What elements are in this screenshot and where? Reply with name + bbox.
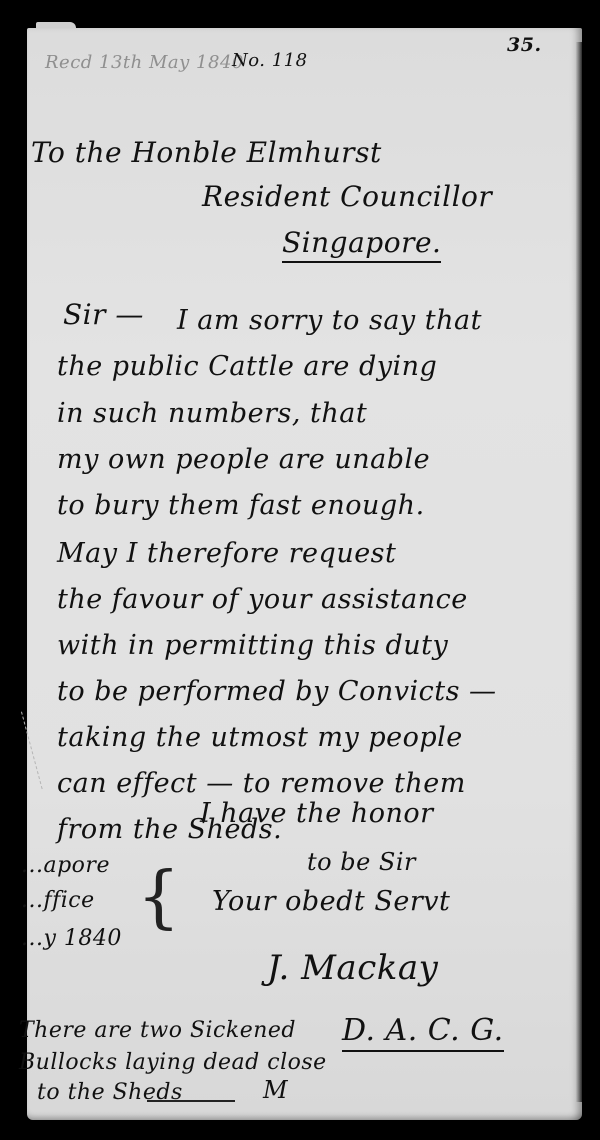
body-line: my own people are unable: [57, 444, 430, 475]
salutation: Sir —: [63, 298, 144, 331]
addressee-line-3: Singapore.: [282, 226, 441, 263]
body-line: taking the utmost my people: [57, 722, 463, 753]
body-line: to bury them fast enough.: [57, 490, 425, 521]
page-edge-shadow: [576, 42, 582, 1102]
signature-name: J. Mackay: [267, 948, 438, 988]
postscript-line: There are two Sickened: [19, 1018, 296, 1043]
body-line: May I therefore request: [57, 538, 396, 569]
received-date-note: Recd 13th May 1840: [45, 52, 244, 73]
closing-line-1: I have the honor: [200, 798, 434, 829]
signature-title: D. A. C. G.: [342, 1013, 504, 1052]
postscript-initial: M: [263, 1076, 288, 1104]
addressee-line-2: Resident Councillor: [202, 180, 492, 213]
postscript-dash: [147, 1100, 235, 1102]
body-line: I am sorry to say that: [177, 305, 482, 336]
curly-brace-mark: {: [137, 858, 181, 937]
margin-note-line: ...y 1840: [21, 926, 122, 951]
addressee-line-1: To the Honble Elmhurst: [31, 136, 382, 169]
body-line: the public Cattle are dying: [57, 351, 437, 382]
body-line: with in permitting this duty: [57, 630, 448, 661]
letter-page: Recd 13th May 1840 No. 118 35. To the Ho…: [27, 28, 582, 1120]
postscript-line: Bullocks laying dead close: [19, 1050, 327, 1075]
closing-line-3: Your obedt Servt: [212, 886, 450, 917]
body-line: can effect — to remove them: [57, 768, 466, 799]
letter-number: No. 118: [232, 50, 308, 71]
faint-pencil-mark: [21, 707, 60, 789]
margin-note-line: ...ffice: [21, 888, 95, 913]
folio-number: 35.: [507, 34, 542, 56]
body-line: in such numbers, that: [57, 398, 367, 429]
body-line: to be performed by Convicts —: [57, 676, 497, 707]
margin-note-line: ...apore: [21, 853, 110, 878]
body-line: the favour of your assistance: [57, 584, 468, 615]
closing-line-2: to be Sir: [307, 848, 416, 876]
